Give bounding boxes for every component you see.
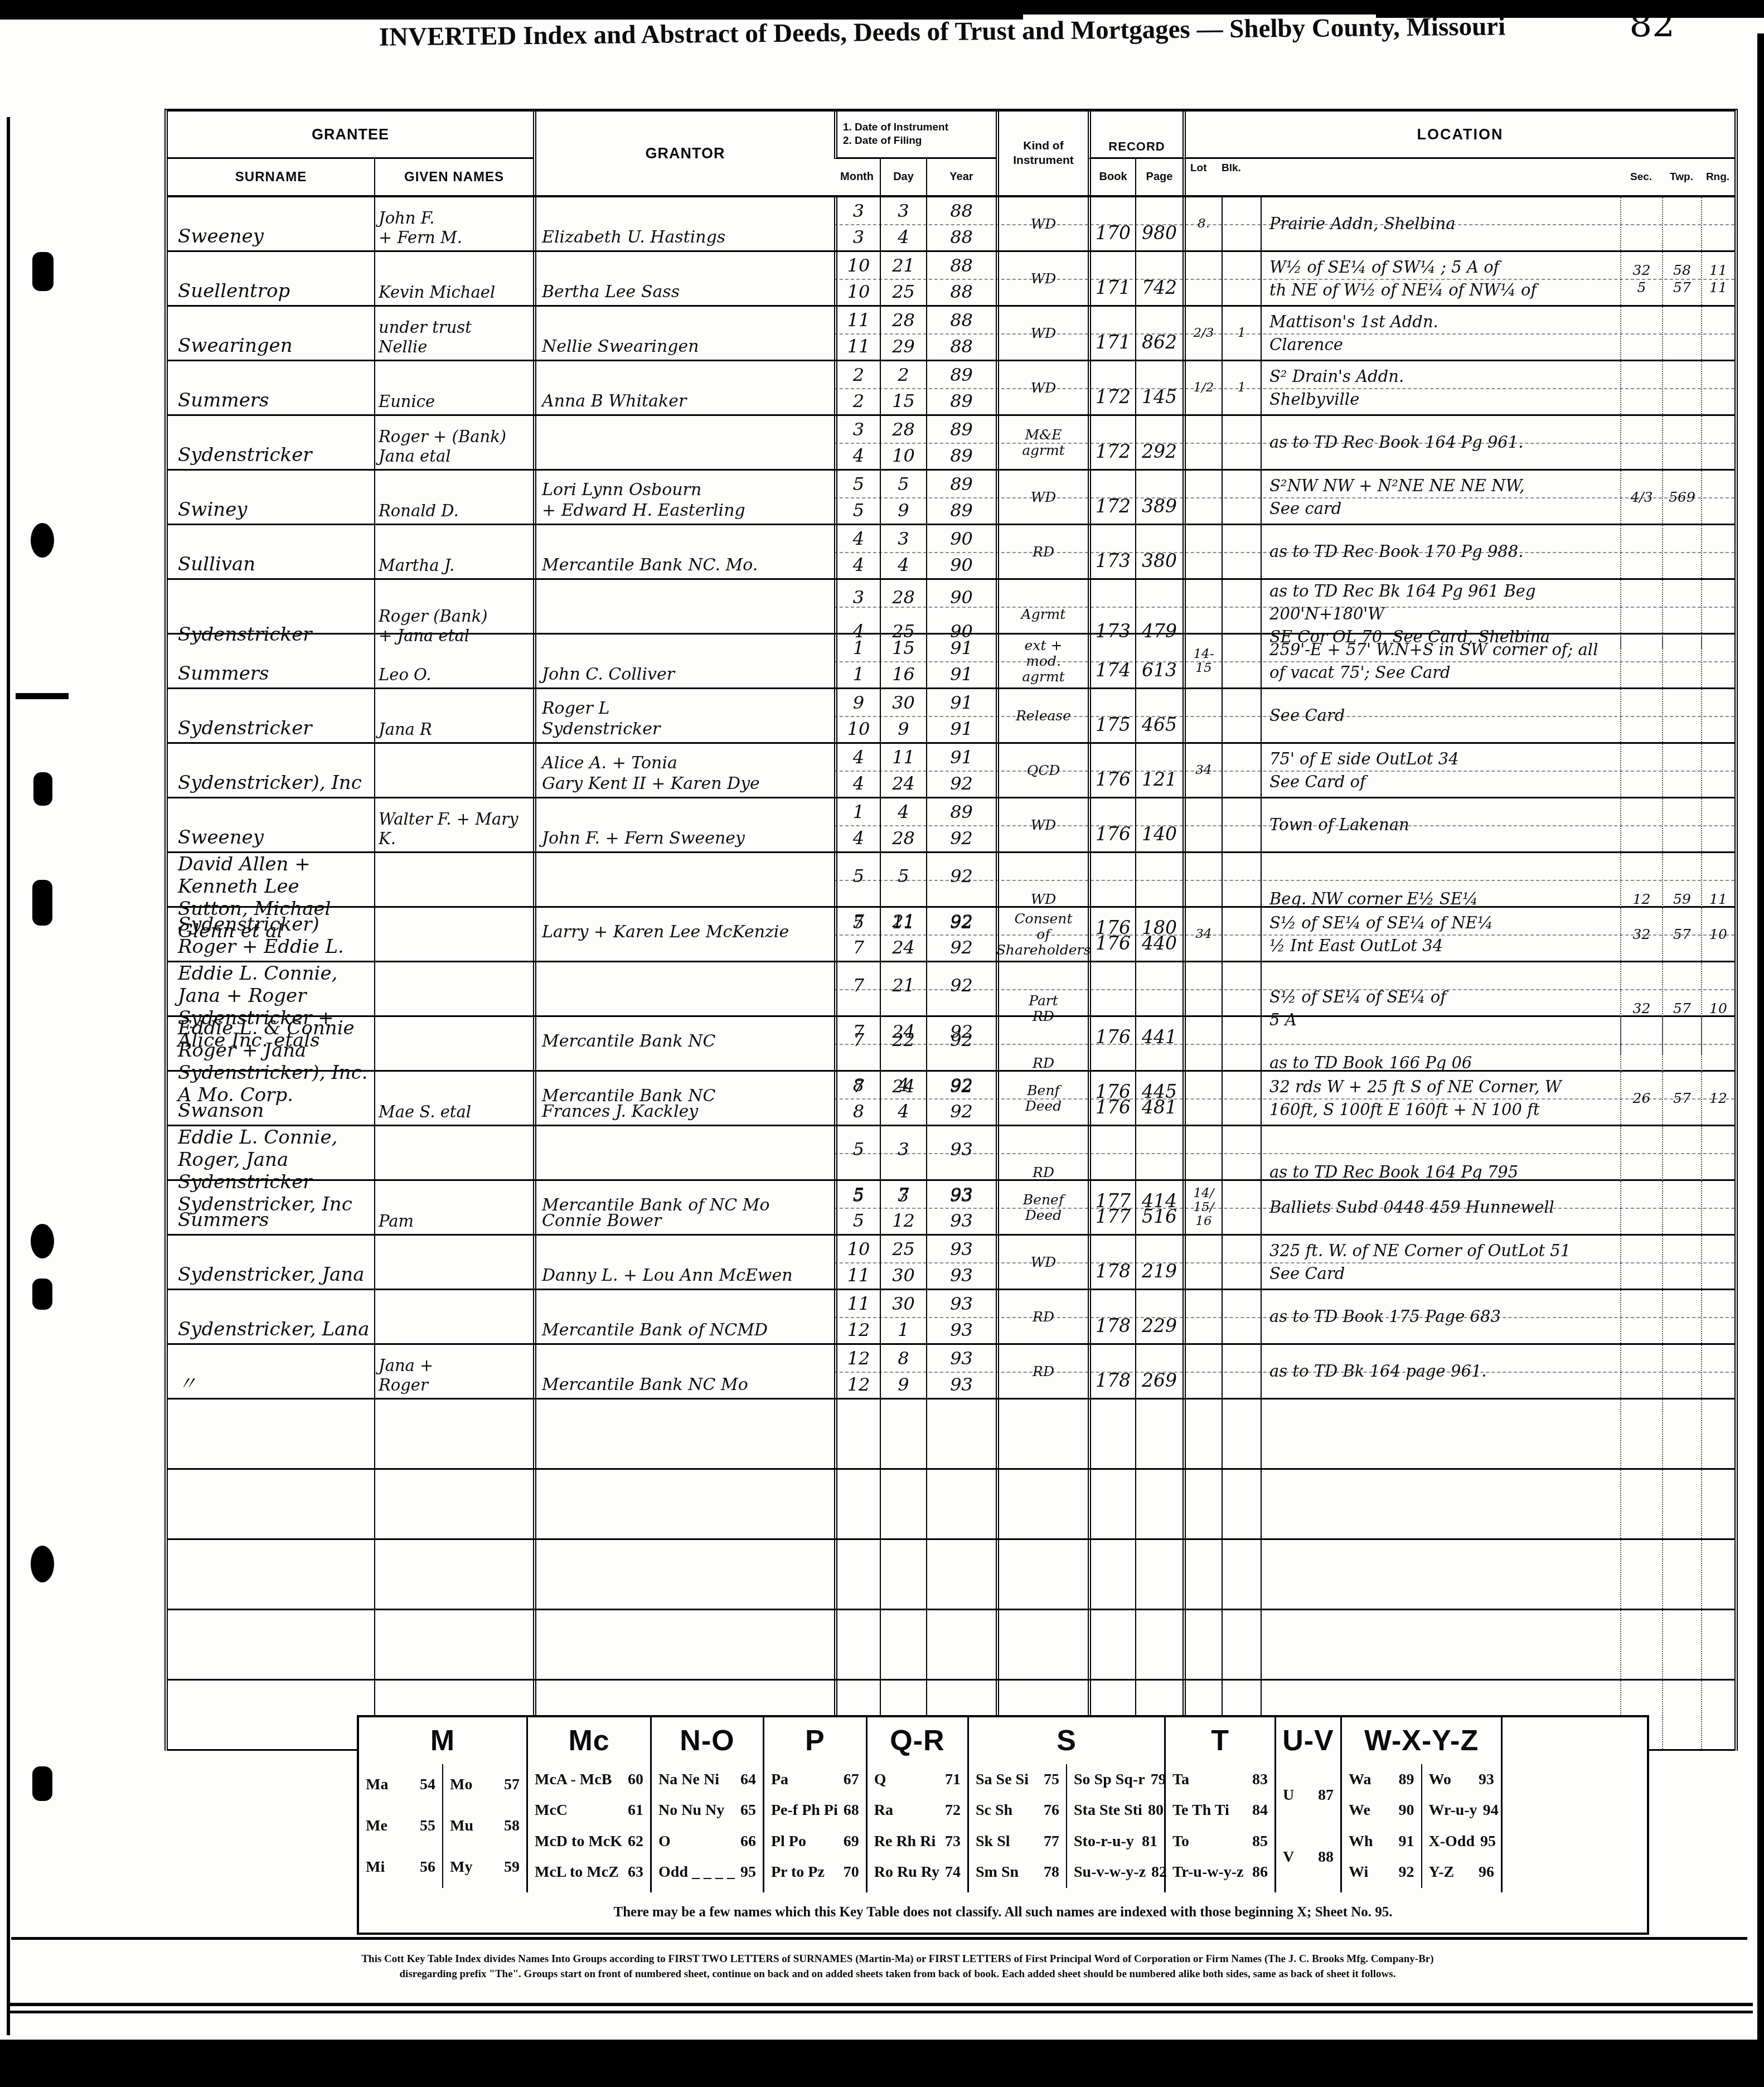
cell-location: as to TD Rec Book 164 Pg 961. — [1261, 416, 1620, 469]
cell-record-page: 292 — [1135, 416, 1183, 469]
cell-twp — [1662, 1345, 1701, 1398]
cell-date-year: 8888 — [926, 307, 996, 360]
cell-twp — [1662, 1470, 1701, 1538]
cell-surname: Sydenstricker) Roger + Eddie L. — [168, 908, 374, 961]
cell-surname: Suellentrop — [168, 252, 374, 305]
cell-date-month: 55 — [834, 471, 880, 524]
cell-kind-of-instrument: WD — [996, 471, 1088, 524]
horizontal-rule — [8, 2003, 1753, 2006]
cell-rng — [1701, 635, 1734, 687]
scan-edge-top — [0, 0, 1764, 14]
ledger-row: Sydenstricker, Jana Danny L. + Lou Ann M… — [168, 1236, 1734, 1290]
cell-surname: Sweeney — [168, 197, 374, 250]
key-table-entry: Ma54 — [366, 1776, 435, 1794]
cell-date-year: 9191 — [926, 635, 996, 687]
cell-rng — [1701, 1610, 1734, 1679]
cell-record-book: 178 — [1088, 1236, 1135, 1289]
cell-location: S² Drain's Addn. Shelbyville — [1261, 361, 1620, 414]
cell-date-year: 9090 — [926, 525, 996, 578]
cell-twp — [1662, 416, 1701, 469]
cell-grantor: Nellie Swearingen — [533, 307, 834, 360]
cell-kind-of-instrument: WD — [996, 798, 1088, 851]
cell-record-page: 481 — [1135, 1072, 1183, 1125]
cell-blk — [1222, 1540, 1261, 1609]
header-date: 1. Date of Instrument 2. Date of Filing — [834, 112, 996, 159]
cell-date-day: 428 — [880, 798, 926, 851]
cell-date-day: 215 — [880, 361, 926, 414]
cell-surname: Sydenstricker — [168, 416, 374, 469]
cell-record-page: 613 — [1135, 635, 1183, 687]
cell-blk — [1222, 908, 1261, 961]
cell-date-year: 9191 — [926, 689, 996, 742]
key-table-entry: McC61 — [535, 1802, 643, 1819]
key-table-entry: Sa Se Si75 — [976, 1771, 1059, 1789]
cell-surname: Summers — [168, 1181, 374, 1234]
cell-twp — [1662, 1400, 1701, 1468]
cell-date-month: 34 — [834, 416, 880, 469]
cell-surname: Swiney — [168, 471, 374, 524]
cell-record-page: 389 — [1135, 471, 1183, 524]
cell-sec — [1620, 1470, 1662, 1538]
cell-rng: 11 11 — [1701, 252, 1734, 305]
cell-lot — [1183, 416, 1222, 469]
cell-date-month: 1112 — [834, 1290, 880, 1343]
cell-twp — [1662, 197, 1701, 250]
header-day: Day — [880, 159, 926, 195]
key-table-group: W-X-Y-ZWa89We90Wh91Wi92Wo93Wr-u-y94X-Odd… — [1340, 1717, 1501, 1892]
cell-record-page: 862 — [1135, 307, 1183, 360]
cell-date-year: 8989 — [926, 416, 996, 469]
cell-kind-of-instrument: M&E agrmt — [996, 416, 1088, 469]
cell-kind-of-instrument — [996, 1610, 1088, 1679]
ledger-row: Sullivan Martha J. Mercantile Bank NC. M… — [168, 525, 1734, 580]
key-table-group: U-VU87V88 — [1274, 1717, 1340, 1892]
key-table-group: PPa67Pe-f Ph Pi68Pl Po69Pr to Pz70 — [763, 1717, 866, 1892]
cell-twp — [1662, 1540, 1701, 1609]
cell-given-names: Jana R — [374, 689, 533, 742]
cell-date-day: 44 — [880, 1072, 926, 1125]
cell-blk — [1222, 1236, 1261, 1289]
cell-surname: Sydenstricker — [168, 689, 374, 742]
cell-twp — [1662, 307, 1701, 360]
cell-given-names: Ronald D. — [374, 471, 533, 524]
cell-record-page — [1135, 1470, 1183, 1538]
cell-date-month: 1010 — [834, 252, 880, 305]
cell-sec — [1620, 798, 1662, 851]
cell-record-page: 145 — [1135, 361, 1183, 414]
cell-sec: 4/3 — [1620, 471, 1662, 524]
key-table-entry: Na Ne Ni64 — [658, 1771, 756, 1789]
cell-location: W½ of SE¼ of SW¼ ; 5 A of th NE of W½ of… — [1261, 252, 1620, 305]
key-table-groups: MMa54Me55Mi56Mo57Mu58My59McMcA - McB60Mc… — [359, 1717, 1647, 1892]
cell-blk — [1222, 798, 1261, 851]
cell-lot — [1183, 1400, 1222, 1468]
cell-record-page: 465 — [1135, 689, 1183, 742]
key-table-note: There may be a few names which this Key … — [359, 1892, 1647, 1933]
cell-blk: 1 — [1222, 307, 1261, 360]
cell-given-names: Roger + (Bank) Jana etal — [374, 416, 533, 469]
header-grantee: GRANTEE — [168, 112, 533, 159]
header-location-blank — [1261, 159, 1620, 195]
cell-date-year: 9393 — [926, 1236, 996, 1289]
cell-lot — [1183, 525, 1222, 578]
cell-date-month: 55 — [834, 1181, 880, 1234]
cell-date-year: 9292 — [926, 908, 996, 961]
key-table-entry: U87 — [1283, 1786, 1334, 1804]
cell-kind-of-instrument: RD — [996, 525, 1088, 578]
cell-date-day — [880, 1610, 926, 1679]
cell-rng — [1701, 1236, 1734, 1289]
scan-artifact-mark — [16, 693, 69, 699]
ledger-row: Sydenstricker), Inc Alice A. + Tonia Gar… — [168, 744, 1734, 798]
cell-date-day — [880, 1400, 926, 1468]
ledger-row: Summers Pam Connie Bower 55 712 9393 Ben… — [168, 1181, 1734, 1236]
cell-blk — [1222, 252, 1261, 305]
cell-record-page: 229 — [1135, 1290, 1183, 1343]
cell-given-names — [374, 1400, 533, 1468]
key-table-entry: X-Odd95 — [1429, 1833, 1495, 1851]
cell-record-book — [1088, 1610, 1135, 1679]
cell-twp — [1662, 361, 1701, 414]
cell-grantor: Anna B Whitaker — [533, 361, 834, 414]
key-table-group-title: N-O — [652, 1717, 763, 1764]
ledger-rows: Sweeney John F. + Fern M. Elizabeth U. H… — [168, 197, 1734, 1751]
cell-kind-of-instrument: RD — [996, 1290, 1088, 1343]
cell-lot — [1183, 1470, 1222, 1538]
cell-grantor: Connie Bower — [533, 1181, 834, 1234]
cell-blk — [1222, 635, 1261, 687]
header-rng: Rng. — [1701, 159, 1734, 195]
key-table-entry: Me55 — [366, 1817, 435, 1835]
cell-kind-of-instrument: RD — [996, 1345, 1088, 1398]
cell-given-names — [374, 744, 533, 797]
cell-date-month — [834, 1540, 880, 1609]
cell-location: See Card — [1261, 689, 1620, 742]
header-location: LOCATION — [1183, 112, 1734, 159]
cell-lot — [1183, 1345, 1222, 1398]
key-table-entry: Sto-r-u-y81 — [1074, 1833, 1157, 1851]
cell-sec — [1620, 1236, 1662, 1289]
key-table-entry: Wh91 — [1349, 1833, 1414, 1851]
cell-twp — [1662, 635, 1701, 687]
cell-lot: 34 — [1183, 744, 1222, 797]
cell-record-book: 174 — [1088, 635, 1135, 687]
cell-record-page — [1135, 1400, 1183, 1468]
cell-twp: 569 — [1662, 471, 1701, 524]
header-surname: SURNAME — [168, 159, 374, 195]
cell-date-year — [926, 1540, 996, 1609]
cell-grantor — [533, 908, 834, 961]
cell-location: 259'-E + 57' W.N+S in SW corner of; all … — [1261, 635, 1620, 687]
cell-lot — [1183, 1540, 1222, 1609]
cell-location: as to TD Bk 164 page 961. — [1261, 1345, 1620, 1398]
key-table-entry: Pe-f Ph Pi68 — [771, 1802, 859, 1819]
cell-date-month: 33 — [834, 197, 880, 250]
key-table-group-title: Q-R — [868, 1717, 967, 1764]
cell-grantor — [533, 1540, 834, 1609]
cell-sec — [1620, 1290, 1662, 1343]
cell-record-page: 440 — [1135, 908, 1183, 961]
key-table-entry: McA - McB60 — [535, 1771, 643, 1789]
ledger-row: Sydenstricker Jana R Roger L Sydenstrick… — [168, 689, 1734, 744]
cell-grantor: Mercantile Bank NC Mo — [533, 1345, 834, 1398]
key-table-entry: Y-Z96 — [1429, 1863, 1495, 1881]
cell-grantor: Roger L Sydenstricker — [533, 689, 834, 742]
cell-blk — [1222, 416, 1261, 469]
cell-lot — [1183, 689, 1222, 742]
scan-edge-bottom — [0, 2040, 1764, 2087]
cell-sec — [1620, 1345, 1662, 1398]
cell-date-month: 1011 — [834, 1236, 880, 1289]
hole-punch-mark — [32, 1766, 52, 1801]
cell-kind-of-instrument: QCD — [996, 744, 1088, 797]
key-table-entry: Mu58 — [450, 1817, 520, 1835]
cell-grantor: Danny L. + Lou Ann McEwen — [533, 1236, 834, 1289]
header-lot: Lot — [1183, 159, 1222, 195]
cell-location: as to TD Book 175 Page 683 — [1261, 1290, 1620, 1343]
cell-twp — [1662, 798, 1701, 851]
cell-blk — [1222, 1290, 1261, 1343]
cell-date-day: 2124 — [880, 908, 926, 961]
ledger-row-empty — [168, 1610, 1734, 1681]
ledger-row: Sweeney Walter F. + Mary K. John F. + Fe… — [168, 798, 1734, 853]
cell-location: Town of Lakenan — [1261, 798, 1620, 851]
sheet: INVERTED Index and Abstract of Deeds, De… — [0, 0, 1764, 2087]
key-table-group-title: Mc — [528, 1717, 650, 1764]
key-table-entry: Sc Sh76 — [976, 1802, 1059, 1819]
cell-given-names — [374, 908, 533, 961]
header-grantor: GRANTOR — [533, 112, 834, 195]
cell-blk — [1222, 1345, 1261, 1398]
ledger-row: Eddie L. Connie, Roger, Jana Sydenstrick… — [168, 1126, 1734, 1181]
cell-given-names: Walter F. + Mary K. — [374, 798, 533, 851]
cell-date-month: 88 — [834, 1072, 880, 1125]
key-table-entry: McD to McK62 — [535, 1833, 643, 1851]
cell-kind-of-instrument: WD — [996, 307, 1088, 360]
cell-location — [1261, 1470, 1620, 1538]
ledger-row-empty — [168, 1470, 1734, 1540]
ledger-row: Summers Leo O. John C. Colliver 11 1516 … — [168, 635, 1734, 689]
key-table-entry: Ta83 — [1172, 1771, 1268, 1789]
cell-lot: 14/ 15/ 16 — [1183, 1181, 1222, 1234]
cell-lot: 1/2 — [1183, 361, 1222, 414]
cell-sec — [1620, 307, 1662, 360]
cell-date-day: 34 — [880, 197, 926, 250]
cell-date-day: 34 — [880, 525, 926, 578]
key-table-entry: Ra72 — [874, 1802, 961, 1819]
cell-location: 325 ft. W. of NE Corner of OutLot 51 See… — [1261, 1236, 1620, 1289]
cell-sec — [1620, 1540, 1662, 1609]
header-sec: Sec. — [1620, 159, 1662, 195]
cell-date-year: 9393 — [926, 1290, 996, 1343]
cell-date-year: 8888 — [926, 197, 996, 250]
cell-sec — [1620, 689, 1662, 742]
cell-surname — [168, 1681, 374, 1749]
cell-date-day: 301 — [880, 1290, 926, 1343]
cell-date-day: 309 — [880, 689, 926, 742]
key-table-entry: Wa89 — [1349, 1771, 1414, 1789]
cell-surname — [168, 1400, 374, 1468]
ledger-row: Sydenstricker Roger (Bank) + Jana etal 3… — [168, 580, 1734, 635]
cell-date-day: 2829 — [880, 307, 926, 360]
header-blk: Blk. — [1222, 159, 1261, 195]
cell-rng — [1701, 744, 1734, 797]
cell-grantor — [533, 1400, 834, 1468]
cell-kind-of-instrument: WD — [996, 252, 1088, 305]
cell-record-book — [1088, 1400, 1135, 1468]
hole-punch-mark — [32, 252, 54, 291]
cell-rng — [1701, 416, 1734, 469]
cell-lot — [1183, 798, 1222, 851]
hole-punch-mark — [32, 880, 52, 926]
cell-blk — [1222, 1610, 1261, 1679]
ledger-table: GRANTEE SURNAME GIVEN NAMES GRANTOR 1. D… — [164, 109, 1738, 1751]
cell-sec — [1620, 197, 1662, 250]
cell-given-names: Jana + Roger — [374, 1345, 533, 1398]
cell-surname — [168, 1610, 374, 1679]
cell-date-day — [880, 1540, 926, 1609]
cell-grantor: Mercantile Bank of NCMD — [533, 1290, 834, 1343]
ledger-row-empty — [168, 1400, 1734, 1470]
key-table-entry: My59 — [450, 1858, 520, 1876]
cell-record-book — [1088, 1540, 1135, 1609]
cell-twp — [1662, 1681, 1701, 1749]
key-table-entry: Sk Sl77 — [976, 1833, 1059, 1851]
cell-twp — [1662, 525, 1701, 578]
key-table-group-title: T — [1166, 1717, 1274, 1764]
cell-sec — [1620, 744, 1662, 797]
cell-kind-of-instrument: WD — [996, 1236, 1088, 1289]
key-table-entry: Pa67 — [771, 1771, 859, 1789]
cell-lot: 2/3 — [1183, 307, 1222, 360]
cell-kind-of-instrument — [996, 1540, 1088, 1609]
cell-date-month: 22 — [834, 361, 880, 414]
cell-surname: Summers — [168, 361, 374, 414]
key-table-entry: Sm Sn78 — [976, 1863, 1059, 1881]
cell-rng — [1701, 1181, 1734, 1234]
cell-surname: Sydenstricker, Jana — [168, 1236, 374, 1289]
cell-lot — [1183, 1236, 1222, 1289]
cell-sec — [1620, 1400, 1662, 1468]
cell-date-day: 1516 — [880, 635, 926, 687]
cell-grantor — [533, 1610, 834, 1679]
cell-given-names: Kevin Michael — [374, 252, 533, 305]
cell-given-names: Eunice — [374, 361, 533, 414]
cell-record-book: 176 — [1088, 744, 1135, 797]
cell-location: S½ of SE¼ of SE¼ of NE¼ ½ Int East OutLo… — [1261, 908, 1620, 961]
cell-record-book: 172 — [1088, 416, 1135, 469]
hole-punch-mark — [33, 772, 52, 806]
cell-record-page: 380 — [1135, 525, 1183, 578]
cell-kind-of-instrument: WD — [996, 197, 1088, 250]
scanned-ledger-page: INVERTED Index and Abstract of Deeds, De… — [0, 0, 1764, 2087]
cell-given-names — [374, 1470, 533, 1538]
horizontal-rule — [8, 2011, 1753, 2013]
header-page: Page — [1135, 159, 1183, 195]
key-table-blank-area — [1501, 1717, 1647, 1892]
cell-date-month: 1212 — [834, 1345, 880, 1398]
key-table-entry: Te Th Ti84 — [1172, 1802, 1268, 1819]
cell-twp — [1662, 689, 1701, 742]
cell-sec: 32 5 — [1620, 252, 1662, 305]
cell-date-year: 9292 — [926, 1072, 996, 1125]
cell-twp — [1662, 1290, 1701, 1343]
cell-given-names — [374, 1290, 533, 1343]
cell-kind-of-instrument: Release — [996, 689, 1088, 742]
cell-rng — [1701, 361, 1734, 414]
header-twp: Twp. — [1662, 159, 1701, 195]
key-table-group-title: M — [359, 1717, 526, 1764]
cell-blk — [1222, 1181, 1261, 1234]
hole-punch-mark — [31, 1546, 54, 1582]
key-table-group-title: P — [764, 1717, 866, 1764]
cell-record-book: 176 — [1088, 908, 1135, 961]
ledger-row-empty — [168, 1540, 1734, 1610]
hole-punch-mark — [31, 1224, 54, 1258]
scan-edge-top — [1376, 14, 1764, 18]
scan-edge-left — [7, 117, 10, 2035]
cell-blk — [1222, 197, 1261, 250]
cell-rng — [1701, 689, 1734, 742]
key-table-entry: Wo93 — [1429, 1771, 1495, 1789]
cell-date-day: 1124 — [880, 744, 926, 797]
key-table-entry: Re Rh Ri73 — [874, 1833, 961, 1851]
key-table-entry: Wr-u-y94 — [1429, 1802, 1495, 1819]
cell-date-month: 1111 — [834, 307, 880, 360]
cell-surname — [168, 1540, 374, 1609]
cell-date-day — [880, 1470, 926, 1538]
key-table-entry: Odd _ _ _ _95 — [658, 1863, 756, 1881]
cell-sec — [1620, 1181, 1662, 1234]
cell-grantor: Frances J. Kackley — [533, 1072, 834, 1125]
cell-blk — [1222, 1072, 1261, 1125]
key-table-group-title: S — [969, 1717, 1164, 1764]
cell-surname: Summers — [168, 635, 374, 687]
key-table-entry: Mo57 — [450, 1776, 520, 1794]
cell-record-book: 178 — [1088, 1290, 1135, 1343]
cell-date-month: 910 — [834, 689, 880, 742]
cell-kind-of-instrument: Consent of Shareholders — [996, 908, 1088, 961]
cell-record-book: 175 — [1088, 689, 1135, 742]
cell-lot: 34 — [1183, 908, 1222, 961]
hole-punch-mark — [31, 523, 54, 558]
cell-twp — [1662, 1236, 1701, 1289]
ledger-row: Swearingen under trust Nellie Nellie Swe… — [168, 307, 1734, 361]
cell-blk: 1 — [1222, 361, 1261, 414]
cell-rng — [1701, 525, 1734, 578]
key-table-entry: Ro Ru Ry74 — [874, 1863, 961, 1881]
ledger-header: GRANTEE SURNAME GIVEN NAMES GRANTOR 1. D… — [168, 112, 1734, 197]
ledger-row: Sydenstricker Roger + (Bank) Jana etal 3… — [168, 416, 1734, 471]
cell-date-year: 8888 — [926, 252, 996, 305]
cell-date-month: 11 — [834, 635, 880, 687]
cell-grantor: John C. Colliver — [533, 635, 834, 687]
cell-given-names: under trust Nellie — [374, 307, 533, 360]
ledger-row: Swanson Mae S. etal Frances J. Kackley 8… — [168, 1072, 1734, 1126]
horizontal-rule — [11, 1937, 1747, 1940]
cell-lot — [1183, 252, 1222, 305]
key-table-entry: No Nu Ny65 — [658, 1802, 756, 1819]
cell-record-book — [1088, 1470, 1135, 1538]
cell-record-book: 172 — [1088, 471, 1135, 524]
key-table-entry: Q71 — [874, 1771, 961, 1789]
cell-record-page: 140 — [1135, 798, 1183, 851]
cell-grantor: Bertha Lee Sass — [533, 252, 834, 305]
cell-record-page — [1135, 1610, 1183, 1679]
cell-date-year — [926, 1400, 996, 1468]
cell-lot: 14- 15 — [1183, 635, 1222, 687]
key-table-group: N-ONa Ne Ni64No Nu Ny65O66Odd _ _ _ _95 — [650, 1717, 763, 1892]
